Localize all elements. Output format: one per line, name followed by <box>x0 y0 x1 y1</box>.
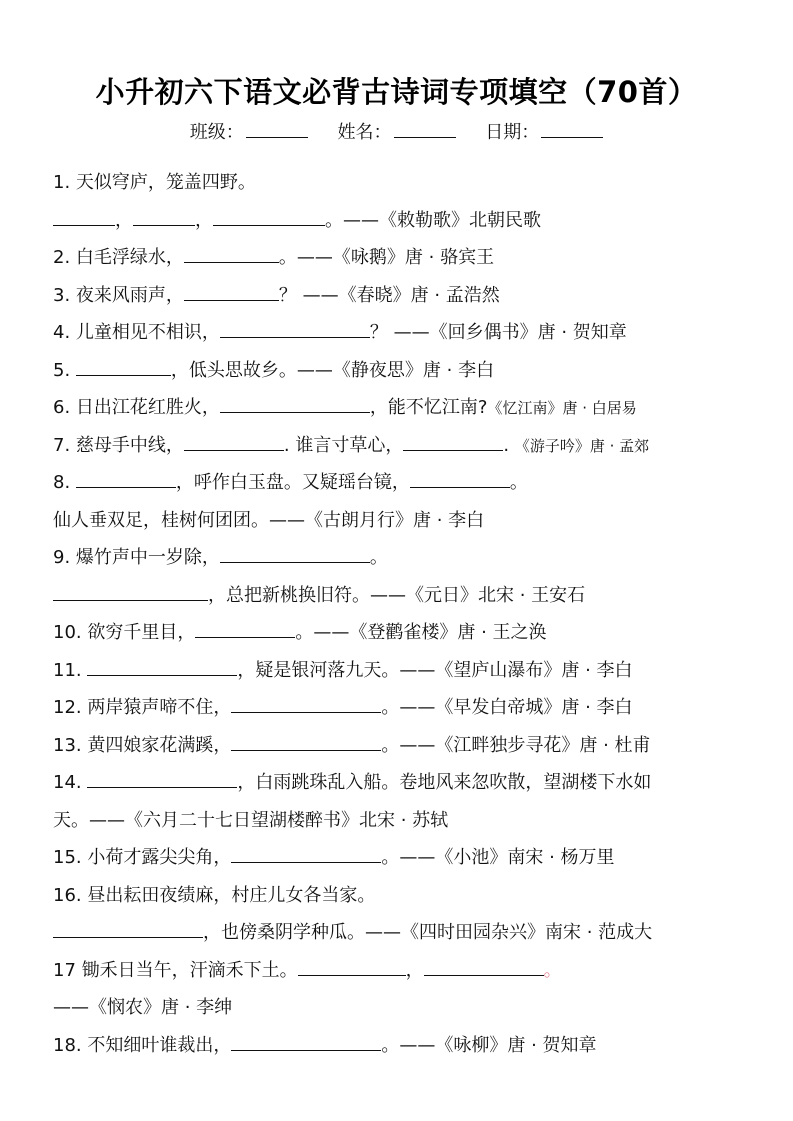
question-list: 1. 天似穹庐，笼盖四野。 ，，。——《敕勒歌》北朝民歌 2. 白毛浮绿水，。—… <box>53 168 753 1068</box>
answer-blank[interactable] <box>87 771 237 788</box>
question-3: 3. 夜来风雨声，？ ——《春晓》唐 · 孟浩然 <box>53 281 753 319</box>
question-source: 。——《登鹳雀楼》唐 · 王之涣 <box>295 622 546 643</box>
punct: ， <box>115 210 133 231</box>
question-text: 1. 天似穹庐，笼盖四野。 <box>53 172 256 193</box>
question-14-line-1: 14. ，白雨跳珠乱入船。卷地风来忽吹散，望湖楼下水如 <box>53 768 753 806</box>
answer-blank[interactable] <box>76 359 171 376</box>
question-text: 2. 白毛浮绿水， <box>53 247 184 268</box>
answer-blank[interactable] <box>220 321 370 338</box>
question-source: ？ ——《春晓》唐 · 孟浩然 <box>279 285 500 306</box>
date-input[interactable] <box>541 119 603 138</box>
question-text: 4. 儿童相见不相识， <box>53 322 220 343</box>
answer-blank[interactable] <box>53 584 208 601</box>
question-text: ，呼作白玉盘。又疑瑶台镜， <box>176 472 410 493</box>
question-source: 。——《早发白帝城》唐 · 李白 <box>381 697 632 718</box>
question-text: 14. <box>53 772 87 793</box>
question-text: ，白雨跳珠乱入船。卷地风来忽吹散，望湖楼下水如 <box>237 772 651 793</box>
answer-blank[interactable] <box>53 209 115 226</box>
question-14-line-2: 天。——《六月二十七日望湖楼醉书》北宋 · 苏轼 <box>53 806 753 844</box>
answer-blank[interactable] <box>133 209 195 226</box>
question-9-line-1: 9. 爆竹声中一岁除，。 <box>53 543 753 581</box>
header-fields: 班级： 姓名： 日期： <box>0 118 793 144</box>
answer-blank[interactable] <box>87 659 237 676</box>
answer-blank[interactable] <box>424 959 544 976</box>
question-source: 天。——《六月二十七日望湖楼醉书》北宋 · 苏轼 <box>53 810 448 831</box>
question-text: ，能不忆江南? <box>370 397 488 418</box>
question-source: 《游子吟》唐 · 孟郊 <box>515 437 649 455</box>
question-text: 15. 小荷才露尖尖角， <box>53 847 231 868</box>
question-16-line-2: ，也傍桑阴学种瓜。——《四时田园杂兴》南宋 · 范成大 <box>53 918 753 956</box>
question-1-line-2: ，，。——《敕勒歌》北朝民歌 <box>53 206 753 244</box>
answer-blank[interactable] <box>184 434 284 451</box>
answer-blank[interactable] <box>220 546 370 563</box>
question-text: 3. 夜来风雨声， <box>53 285 184 306</box>
answer-blank[interactable] <box>231 696 381 713</box>
punct: 。 <box>510 472 528 493</box>
answer-blank[interactable] <box>410 471 510 488</box>
question-6: 6. 日出江花红胜火，，能不忆江南?《忆江南》唐 · 白居易 <box>53 393 753 431</box>
question-16-line-1: 16. 昼出耘田夜绩麻，村庄儿女各当家。 <box>53 881 753 919</box>
question-9-line-2: ，总把新桃换旧符。——《元日》北宋 · 王安石 <box>53 581 753 619</box>
question-text: 6. 日出江花红胜火， <box>53 397 220 418</box>
name-field: 姓名： <box>338 118 456 144</box>
question-18: 18. 不知细叶谁裁出，。——《咏柳》唐 · 贺知章 <box>53 1031 753 1069</box>
date-label: 日期： <box>485 122 539 143</box>
question-text: 7. 慈母手中线， <box>53 435 184 456</box>
question-13: 13. 黄四娘家花满蹊，。——《江畔独步寻花》唐 · 杜甫 <box>53 731 753 769</box>
answer-blank[interactable] <box>403 434 503 451</box>
question-text: 11. <box>53 660 87 681</box>
question-text: 5. <box>53 360 76 381</box>
question-text: . 谁言寸草心， <box>284 435 403 456</box>
question-source: 。——《敕勒歌》北朝民歌 <box>325 210 541 231</box>
class-input[interactable] <box>246 119 308 138</box>
question-5: 5. ，低头思故乡。——《静夜思》唐 · 李白 <box>53 356 753 394</box>
answer-blank[interactable] <box>76 471 176 488</box>
question-text: 17 锄禾日当午，汗滴禾下土。 <box>53 960 298 981</box>
question-text: 16. 昼出耘田夜绩麻，村庄儿女各当家。 <box>53 885 375 906</box>
question-15: 15. 小荷才露尖尖角，。——《小池》南宋 · 杨万里 <box>53 843 753 881</box>
question-12: 12. 两岸猿声啼不住，。——《早发白帝城》唐 · 李白 <box>53 693 753 731</box>
question-source: ——《悯农》唐 · 李绅 <box>53 997 232 1018</box>
question-2: 2. 白毛浮绿水，。——《咏鹅》唐 · 骆宾王 <box>53 243 753 281</box>
question-source: ，也傍桑阴学种瓜。——《四时田园杂兴》南宋 · 范成大 <box>203 922 652 943</box>
question-17-line-1: 17 锄禾日当午，汗滴禾下土。，。 <box>53 956 753 994</box>
question-source: 《忆江南》唐 · 白居易 <box>487 399 636 417</box>
punct: ， <box>406 960 424 981</box>
question-text: 10. 欲穷千里目， <box>53 622 195 643</box>
question-source: 。——《小池》南宋 · 杨万里 <box>381 847 614 868</box>
punct: 。 <box>544 960 562 981</box>
punct: ， <box>195 210 213 231</box>
question-text: 9. 爆竹声中一岁除， <box>53 547 220 568</box>
question-17-line-2: ——《悯农》唐 · 李绅 <box>53 993 753 1031</box>
punct: . <box>503 435 514 456</box>
page-title: 小升初六下语文必背古诗词专项填空（70首） <box>0 70 793 111</box>
answer-blank[interactable] <box>184 246 279 263</box>
question-source: 。——《江畔独步寻花》唐 · 杜甫 <box>381 735 650 756</box>
question-source: 仙人垂双足，桂树何团团。——《古朗月行》唐 · 李白 <box>53 510 484 531</box>
question-text: 8. <box>53 472 76 493</box>
question-8-line-2: 仙人垂双足，桂树何团团。——《古朗月行》唐 · 李白 <box>53 506 753 544</box>
question-4: 4. 儿童相见不相识，？ ——《回乡偶书》唐 · 贺知章 <box>53 318 753 356</box>
question-source: ，总把新桃换旧符。——《元日》北宋 · 王安石 <box>208 585 585 606</box>
answer-blank[interactable] <box>220 396 370 413</box>
question-text: 18. 不知细叶谁裁出， <box>53 1035 231 1056</box>
question-text: 13. 黄四娘家花满蹊， <box>53 735 231 756</box>
class-field: 班级： <box>190 118 308 144</box>
answer-blank[interactable] <box>298 959 406 976</box>
question-8-line-1: 8. ，呼作白玉盘。又疑瑶台镜，。 <box>53 468 753 506</box>
class-label: 班级： <box>190 122 244 143</box>
question-source: ？ ——《回乡偶书》唐 · 贺知章 <box>370 322 627 343</box>
question-source: ，低头思故乡。——《静夜思》唐 · 李白 <box>171 360 494 381</box>
name-label: 姓名： <box>338 122 392 143</box>
question-1-line-1: 1. 天似穹庐，笼盖四野。 <box>53 168 753 206</box>
answer-blank[interactable] <box>231 734 381 751</box>
answer-blank[interactable] <box>184 284 279 301</box>
name-input[interactable] <box>394 119 456 138</box>
question-source: ，疑是银河落九天。——《望庐山瀑布》唐 · 李白 <box>237 660 632 681</box>
question-10: 10. 欲穷千里目，。——《登鹳雀楼》唐 · 王之涣 <box>53 618 753 656</box>
answer-blank[interactable] <box>53 921 203 938</box>
question-7: 7. 慈母手中线，. 谁言寸草心，. 《游子吟》唐 · 孟郊 <box>53 431 753 469</box>
question-source: 。——《咏鹅》唐 · 骆宾王 <box>279 247 494 268</box>
question-source: 。——《咏柳》唐 · 贺知章 <box>381 1035 596 1056</box>
punct: 。 <box>370 547 388 568</box>
question-text: 12. 两岸猿声啼不住， <box>53 697 231 718</box>
answer-blank[interactable] <box>213 209 325 226</box>
answer-blank[interactable] <box>195 621 295 638</box>
date-field: 日期： <box>485 118 603 144</box>
question-11: 11. ，疑是银河落九天。——《望庐山瀑布》唐 · 李白 <box>53 656 753 694</box>
answer-blank[interactable] <box>231 846 381 863</box>
answer-blank[interactable] <box>231 1034 381 1051</box>
